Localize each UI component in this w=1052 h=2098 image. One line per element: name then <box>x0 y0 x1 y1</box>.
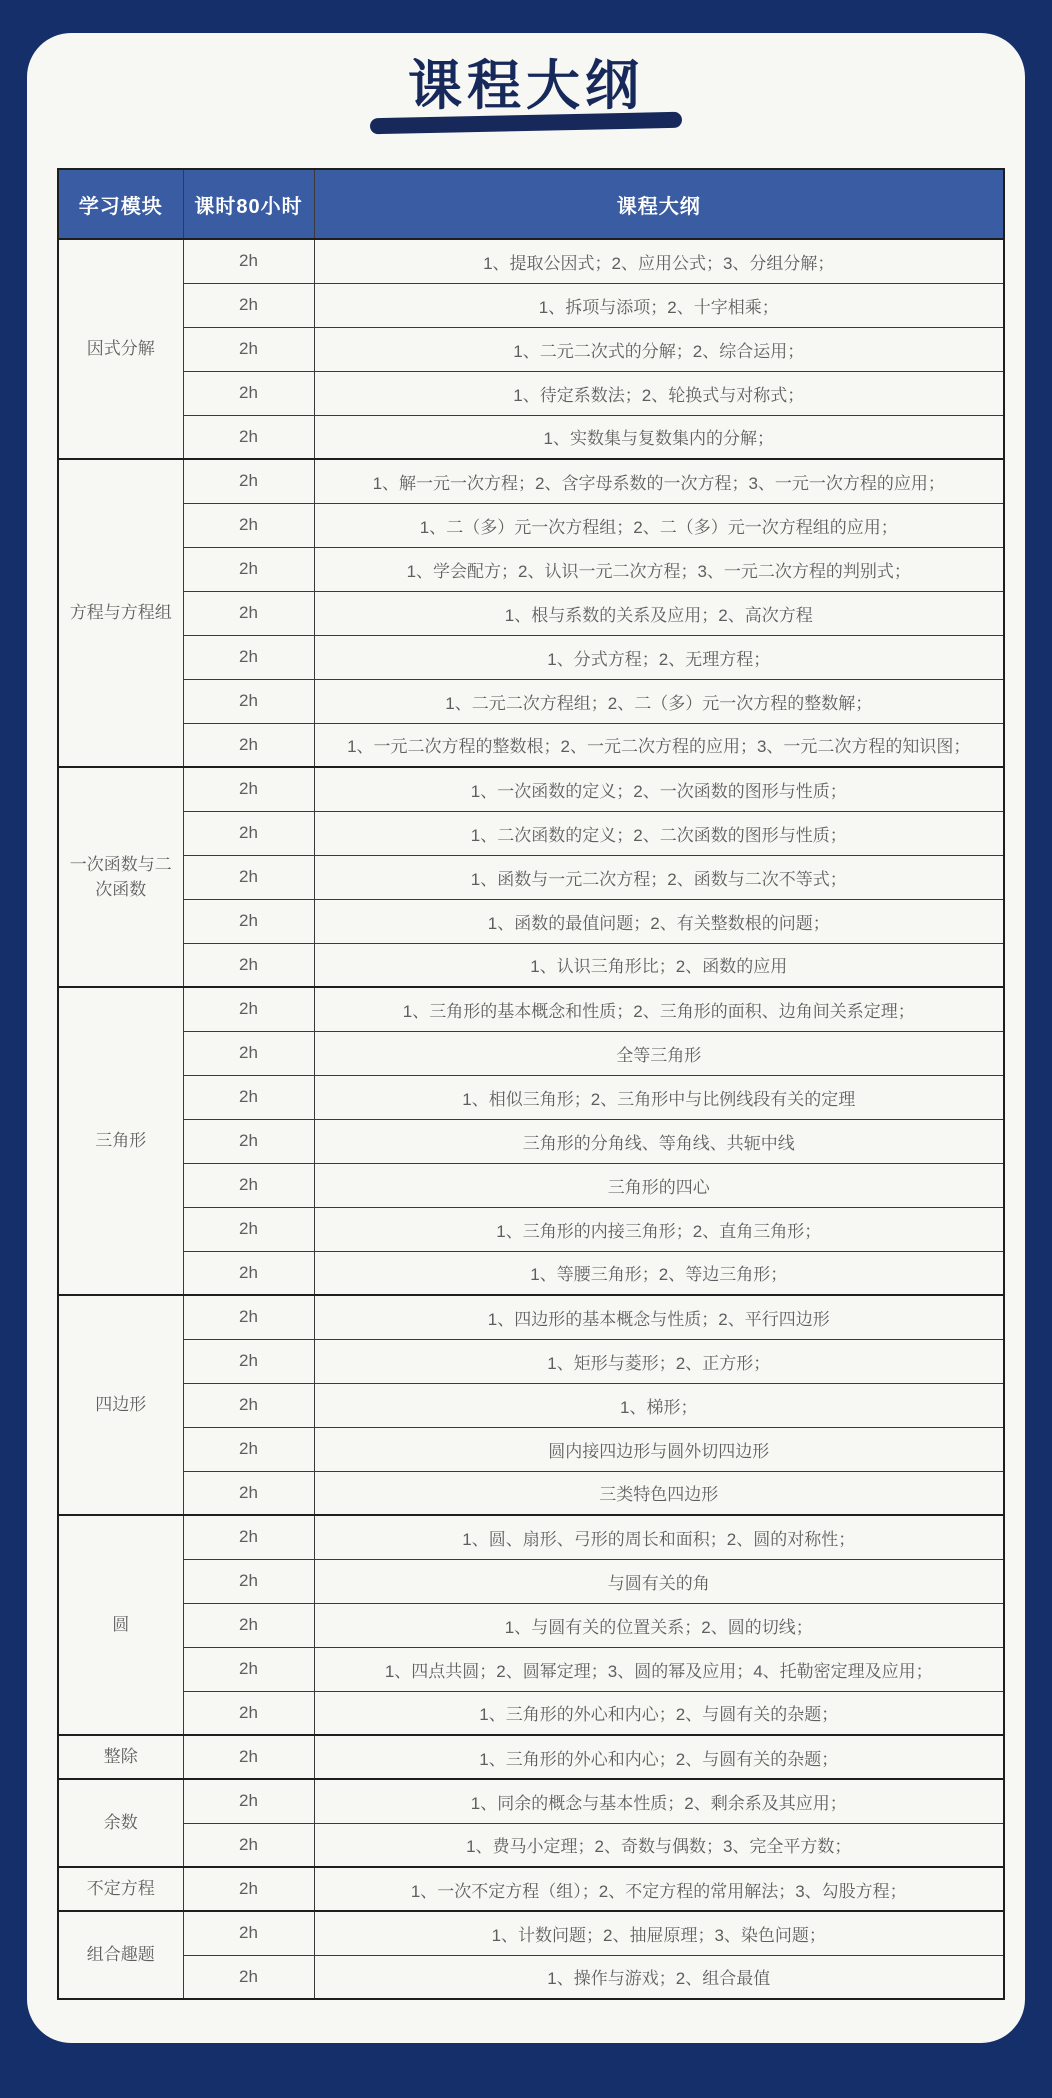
hours-cell: 2h <box>183 1559 314 1603</box>
module-name-cell: 三角形 <box>58 987 183 1295</box>
hours-cell: 2h <box>183 1339 314 1383</box>
outline-cell: 1、认识三角形比；2、函数的应用 <box>314 943 1004 987</box>
outline-cell: 1、一次函数的定义；2、一次函数的图形与性质； <box>314 767 1004 811</box>
outline-cell: 三角形的四心 <box>314 1163 1004 1207</box>
table-row: 2h1、操作与游戏；2、组合最值 <box>58 1955 1004 1999</box>
hours-cell: 2h <box>183 1427 314 1471</box>
hours-cell: 2h <box>183 1515 314 1559</box>
outline-cell: 1、相似三角形；2、三角形中与比例线段有关的定理 <box>314 1075 1004 1119</box>
outline-cell: 1、待定系数法；2、轮换式与对称式； <box>314 371 1004 415</box>
outline-cell: 1、二元二次方程组；2、二（多）元一次方程的整数解； <box>314 679 1004 723</box>
table-row: 组合趣题2h1、计数问题；2、抽屉原理；3、染色问题； <box>58 1911 1004 1955</box>
table-header-row: 学习模块 课时80小时 课程大纲 <box>58 169 1004 239</box>
hours-cell: 2h <box>183 1911 314 1955</box>
page-title: 课程大纲 <box>408 33 644 116</box>
hours-cell: 2h <box>183 723 314 767</box>
hours-cell: 2h <box>183 327 314 371</box>
table-row: 2h1、矩形与菱形；2、正方形； <box>58 1339 1004 1383</box>
hours-cell: 2h <box>183 1207 314 1251</box>
table-row: 圆2h1、圆、扇形、弓形的周长和面积；2、圆的对称性； <box>58 1515 1004 1559</box>
hours-cell: 2h <box>183 1471 314 1515</box>
outline-cell: 1、一次不定方程（组）；2、不定方程的常用解法；3、勾股方程； <box>314 1867 1004 1911</box>
table-row: 2h1、二次函数的定义；2、二次函数的图形与性质； <box>58 811 1004 855</box>
table-row: 2h三角形的四心 <box>58 1163 1004 1207</box>
module-name-cell: 因式分解 <box>58 239 183 459</box>
module-name-cell: 圆 <box>58 1515 183 1735</box>
outline-cell: 三角形的分角线、等角线、共轭中线 <box>314 1119 1004 1163</box>
hours-cell: 2h <box>183 1251 314 1295</box>
hours-cell: 2h <box>183 855 314 899</box>
table-row: 2h1、函数的最值问题；2、有关整数根的问题； <box>58 899 1004 943</box>
hours-cell: 2h <box>183 459 314 503</box>
outline-cell: 1、三角形的外心和内心；2、与圆有关的杂题； <box>314 1691 1004 1735</box>
outline-cell: 1、提取公因式；2、应用公式；3、分组分解； <box>314 239 1004 283</box>
hours-cell: 2h <box>183 635 314 679</box>
outline-cell: 1、费马小定理；2、奇数与偶数；3、完全平方数； <box>314 1823 1004 1867</box>
table-row: 2h1、等腰三角形；2、等边三角形； <box>58 1251 1004 1295</box>
table-row: 2h圆内接四边形与圆外切四边形 <box>58 1427 1004 1471</box>
table-row: 2h1、二元二次方程组；2、二（多）元一次方程的整数解； <box>58 679 1004 723</box>
hours-cell: 2h <box>183 1823 314 1867</box>
outline-cell: 1、二次函数的定义；2、二次函数的图形与性质； <box>314 811 1004 855</box>
table-row: 2h1、三角形的内接三角形；2、直角三角形； <box>58 1207 1004 1251</box>
course-outline-table: 学习模块 课时80小时 课程大纲 因式分解2h1、提取公因式；2、应用公式；3、… <box>57 168 1005 2000</box>
table-row: 2h1、二元二次式的分解；2、综合运用； <box>58 327 1004 371</box>
hours-cell: 2h <box>183 1163 314 1207</box>
table-row: 2h1、实数集与复数集内的分解； <box>58 415 1004 459</box>
outline-cell: 1、四边形的基本概念与性质；2、平行四边形 <box>314 1295 1004 1339</box>
hours-cell: 2h <box>183 1031 314 1075</box>
hours-cell: 2h <box>183 679 314 723</box>
hours-cell: 2h <box>183 283 314 327</box>
hours-cell: 2h <box>183 547 314 591</box>
outline-cell: 1、解一元一次方程；2、含字母系数的一次方程；3、一元一次方程的应用； <box>314 459 1004 503</box>
table-row: 2h1、梯形； <box>58 1383 1004 1427</box>
table-row: 余数2h1、同余的概念与基本性质；2、剩余系及其应用； <box>58 1779 1004 1823</box>
hours-cell: 2h <box>183 1295 314 1339</box>
hours-cell: 2h <box>183 239 314 283</box>
table-row: 2h1、相似三角形；2、三角形中与比例线段有关的定理 <box>58 1075 1004 1119</box>
table-row: 2h1、认识三角形比；2、函数的应用 <box>58 943 1004 987</box>
module-name-cell: 余数 <box>58 1779 183 1867</box>
outline-cell: 1、根与系数的关系及应用；2、高次方程 <box>314 591 1004 635</box>
table-row: 2h三角形的分角线、等角线、共轭中线 <box>58 1119 1004 1163</box>
outline-cell: 1、矩形与菱形；2、正方形； <box>314 1339 1004 1383</box>
table-row: 四边形2h1、四边形的基本概念与性质；2、平行四边形 <box>58 1295 1004 1339</box>
outline-cell: 1、计数问题；2、抽屉原理；3、染色问题； <box>314 1911 1004 1955</box>
header-hours-column: 课时80小时 <box>183 169 314 239</box>
table-row: 2h全等三角形 <box>58 1031 1004 1075</box>
outline-cell: 1、二（多）元一次方程组；2、二（多）元一次方程组的应用； <box>314 503 1004 547</box>
module-name-cell: 不定方程 <box>58 1867 183 1911</box>
table-row: 2h1、费马小定理；2、奇数与偶数；3、完全平方数； <box>58 1823 1004 1867</box>
outline-cell: 1、一元二次方程的整数根；2、一元二次方程的应用；3、一元二次方程的知识图； <box>314 723 1004 767</box>
module-name-cell: 组合趣题 <box>58 1911 183 1999</box>
table-row: 2h1、分式方程；2、无理方程； <box>58 635 1004 679</box>
hours-cell: 2h <box>183 811 314 855</box>
outline-cell: 1、实数集与复数集内的分解； <box>314 415 1004 459</box>
hours-cell: 2h <box>183 899 314 943</box>
module-name-cell: 整除 <box>58 1735 183 1779</box>
outline-cell: 1、操作与游戏；2、组合最值 <box>314 1955 1004 1999</box>
outline-cell: 1、分式方程；2、无理方程； <box>314 635 1004 679</box>
table-row: 2h三类特色四边形 <box>58 1471 1004 1515</box>
module-name-cell: 一次函数与二次函数 <box>58 767 183 987</box>
hours-cell: 2h <box>183 1383 314 1427</box>
table-row: 因式分解2h1、提取公因式；2、应用公式；3、分组分解； <box>58 239 1004 283</box>
outline-cell: 1、三角形的外心和内心；2、与圆有关的杂题； <box>314 1735 1004 1779</box>
table-row: 2h1、学会配方；2、认识一元二次方程；3、一元二次方程的判别式； <box>58 547 1004 591</box>
hours-cell: 2h <box>183 1867 314 1911</box>
table-row: 一次函数与二次函数2h1、一次函数的定义；2、一次函数的图形与性质； <box>58 767 1004 811</box>
table-row: 不定方程2h1、一次不定方程（组）；2、不定方程的常用解法；3、勾股方程； <box>58 1867 1004 1911</box>
hours-cell: 2h <box>183 1779 314 1823</box>
outline-cell: 全等三角形 <box>314 1031 1004 1075</box>
hours-cell: 2h <box>183 1603 314 1647</box>
outline-cell: 1、拆项与添项；2、十字相乘； <box>314 283 1004 327</box>
hours-cell: 2h <box>183 591 314 635</box>
header-outline-column: 课程大纲 <box>314 169 1004 239</box>
table-row: 2h1、待定系数法；2、轮换式与对称式； <box>58 371 1004 415</box>
outline-cell: 1、四点共圆；2、圆幂定理；3、圆的幂及应用；4、托勒密定理及应用； <box>314 1647 1004 1691</box>
table-row: 2h1、三角形的外心和内心；2、与圆有关的杂题； <box>58 1691 1004 1735</box>
outline-cell: 1、函数与一元二次方程；2、函数与二次不等式； <box>314 855 1004 899</box>
table-row: 方程与方程组2h1、解一元一次方程；2、含字母系数的一次方程；3、一元一次方程的… <box>58 459 1004 503</box>
outline-cell: 三类特色四边形 <box>314 1471 1004 1515</box>
hours-cell: 2h <box>183 503 314 547</box>
outline-cell: 1、梯形； <box>314 1383 1004 1427</box>
table-row: 2h与圆有关的角 <box>58 1559 1004 1603</box>
outline-cell: 1、同余的概念与基本性质；2、剩余系及其应用； <box>314 1779 1004 1823</box>
outline-cell: 与圆有关的角 <box>314 1559 1004 1603</box>
hours-cell: 2h <box>183 1691 314 1735</box>
table-row: 2h1、根与系数的关系及应用；2、高次方程 <box>58 591 1004 635</box>
outline-cell: 1、学会配方；2、认识一元二次方程；3、一元二次方程的判别式； <box>314 547 1004 591</box>
outline-cell: 圆内接四边形与圆外切四边形 <box>314 1427 1004 1471</box>
table-row: 整除2h1、三角形的外心和内心；2、与圆有关的杂题； <box>58 1735 1004 1779</box>
outline-cell: 1、三角形的基本概念和性质；2、三角形的面积、边角间关系定理； <box>314 987 1004 1031</box>
hours-cell: 2h <box>183 1955 314 1999</box>
table-row: 2h1、函数与一元二次方程；2、函数与二次不等式； <box>58 855 1004 899</box>
hours-cell: 2h <box>183 987 314 1031</box>
outline-cell: 1、三角形的内接三角形；2、直角三角形； <box>314 1207 1004 1251</box>
outline-cell: 1、函数的最值问题；2、有关整数根的问题； <box>314 899 1004 943</box>
table-row: 三角形2h1、三角形的基本概念和性质；2、三角形的面积、边角间关系定理； <box>58 987 1004 1031</box>
hours-cell: 2h <box>183 943 314 987</box>
module-name-cell: 四边形 <box>58 1295 183 1515</box>
hours-cell: 2h <box>183 1119 314 1163</box>
outline-cell: 1、等腰三角形；2、等边三角形； <box>314 1251 1004 1295</box>
hours-cell: 2h <box>183 1075 314 1119</box>
table-row: 2h1、一元二次方程的整数根；2、一元二次方程的应用；3、一元二次方程的知识图； <box>58 723 1004 767</box>
hours-cell: 2h <box>183 415 314 459</box>
outline-cell: 1、与圆有关的位置关系；2、圆的切线； <box>314 1603 1004 1647</box>
hours-cell: 2h <box>183 1735 314 1779</box>
table-row: 2h1、四点共圆；2、圆幂定理；3、圆的幂及应用；4、托勒密定理及应用； <box>58 1647 1004 1691</box>
outline-cell: 1、圆、扇形、弓形的周长和面积；2、圆的对称性； <box>314 1515 1004 1559</box>
header-module-column: 学习模块 <box>58 169 183 239</box>
outline-cell: 1、二元二次式的分解；2、综合运用； <box>314 327 1004 371</box>
hours-cell: 2h <box>183 1647 314 1691</box>
hours-cell: 2h <box>183 371 314 415</box>
content-card: 课程大纲 学习模块 课时80小时 课程大纲 因式分解2h1、提取公因式；2、应用… <box>27 33 1025 2043</box>
table-row: 2h1、二（多）元一次方程组；2、二（多）元一次方程组的应用； <box>58 503 1004 547</box>
table-row: 2h1、拆项与添项；2、十字相乘； <box>58 283 1004 327</box>
module-name-cell: 方程与方程组 <box>58 459 183 767</box>
hours-cell: 2h <box>183 767 314 811</box>
table-row: 2h1、与圆有关的位置关系；2、圆的切线； <box>58 1603 1004 1647</box>
page-title-block: 课程大纲 <box>27 33 1025 153</box>
